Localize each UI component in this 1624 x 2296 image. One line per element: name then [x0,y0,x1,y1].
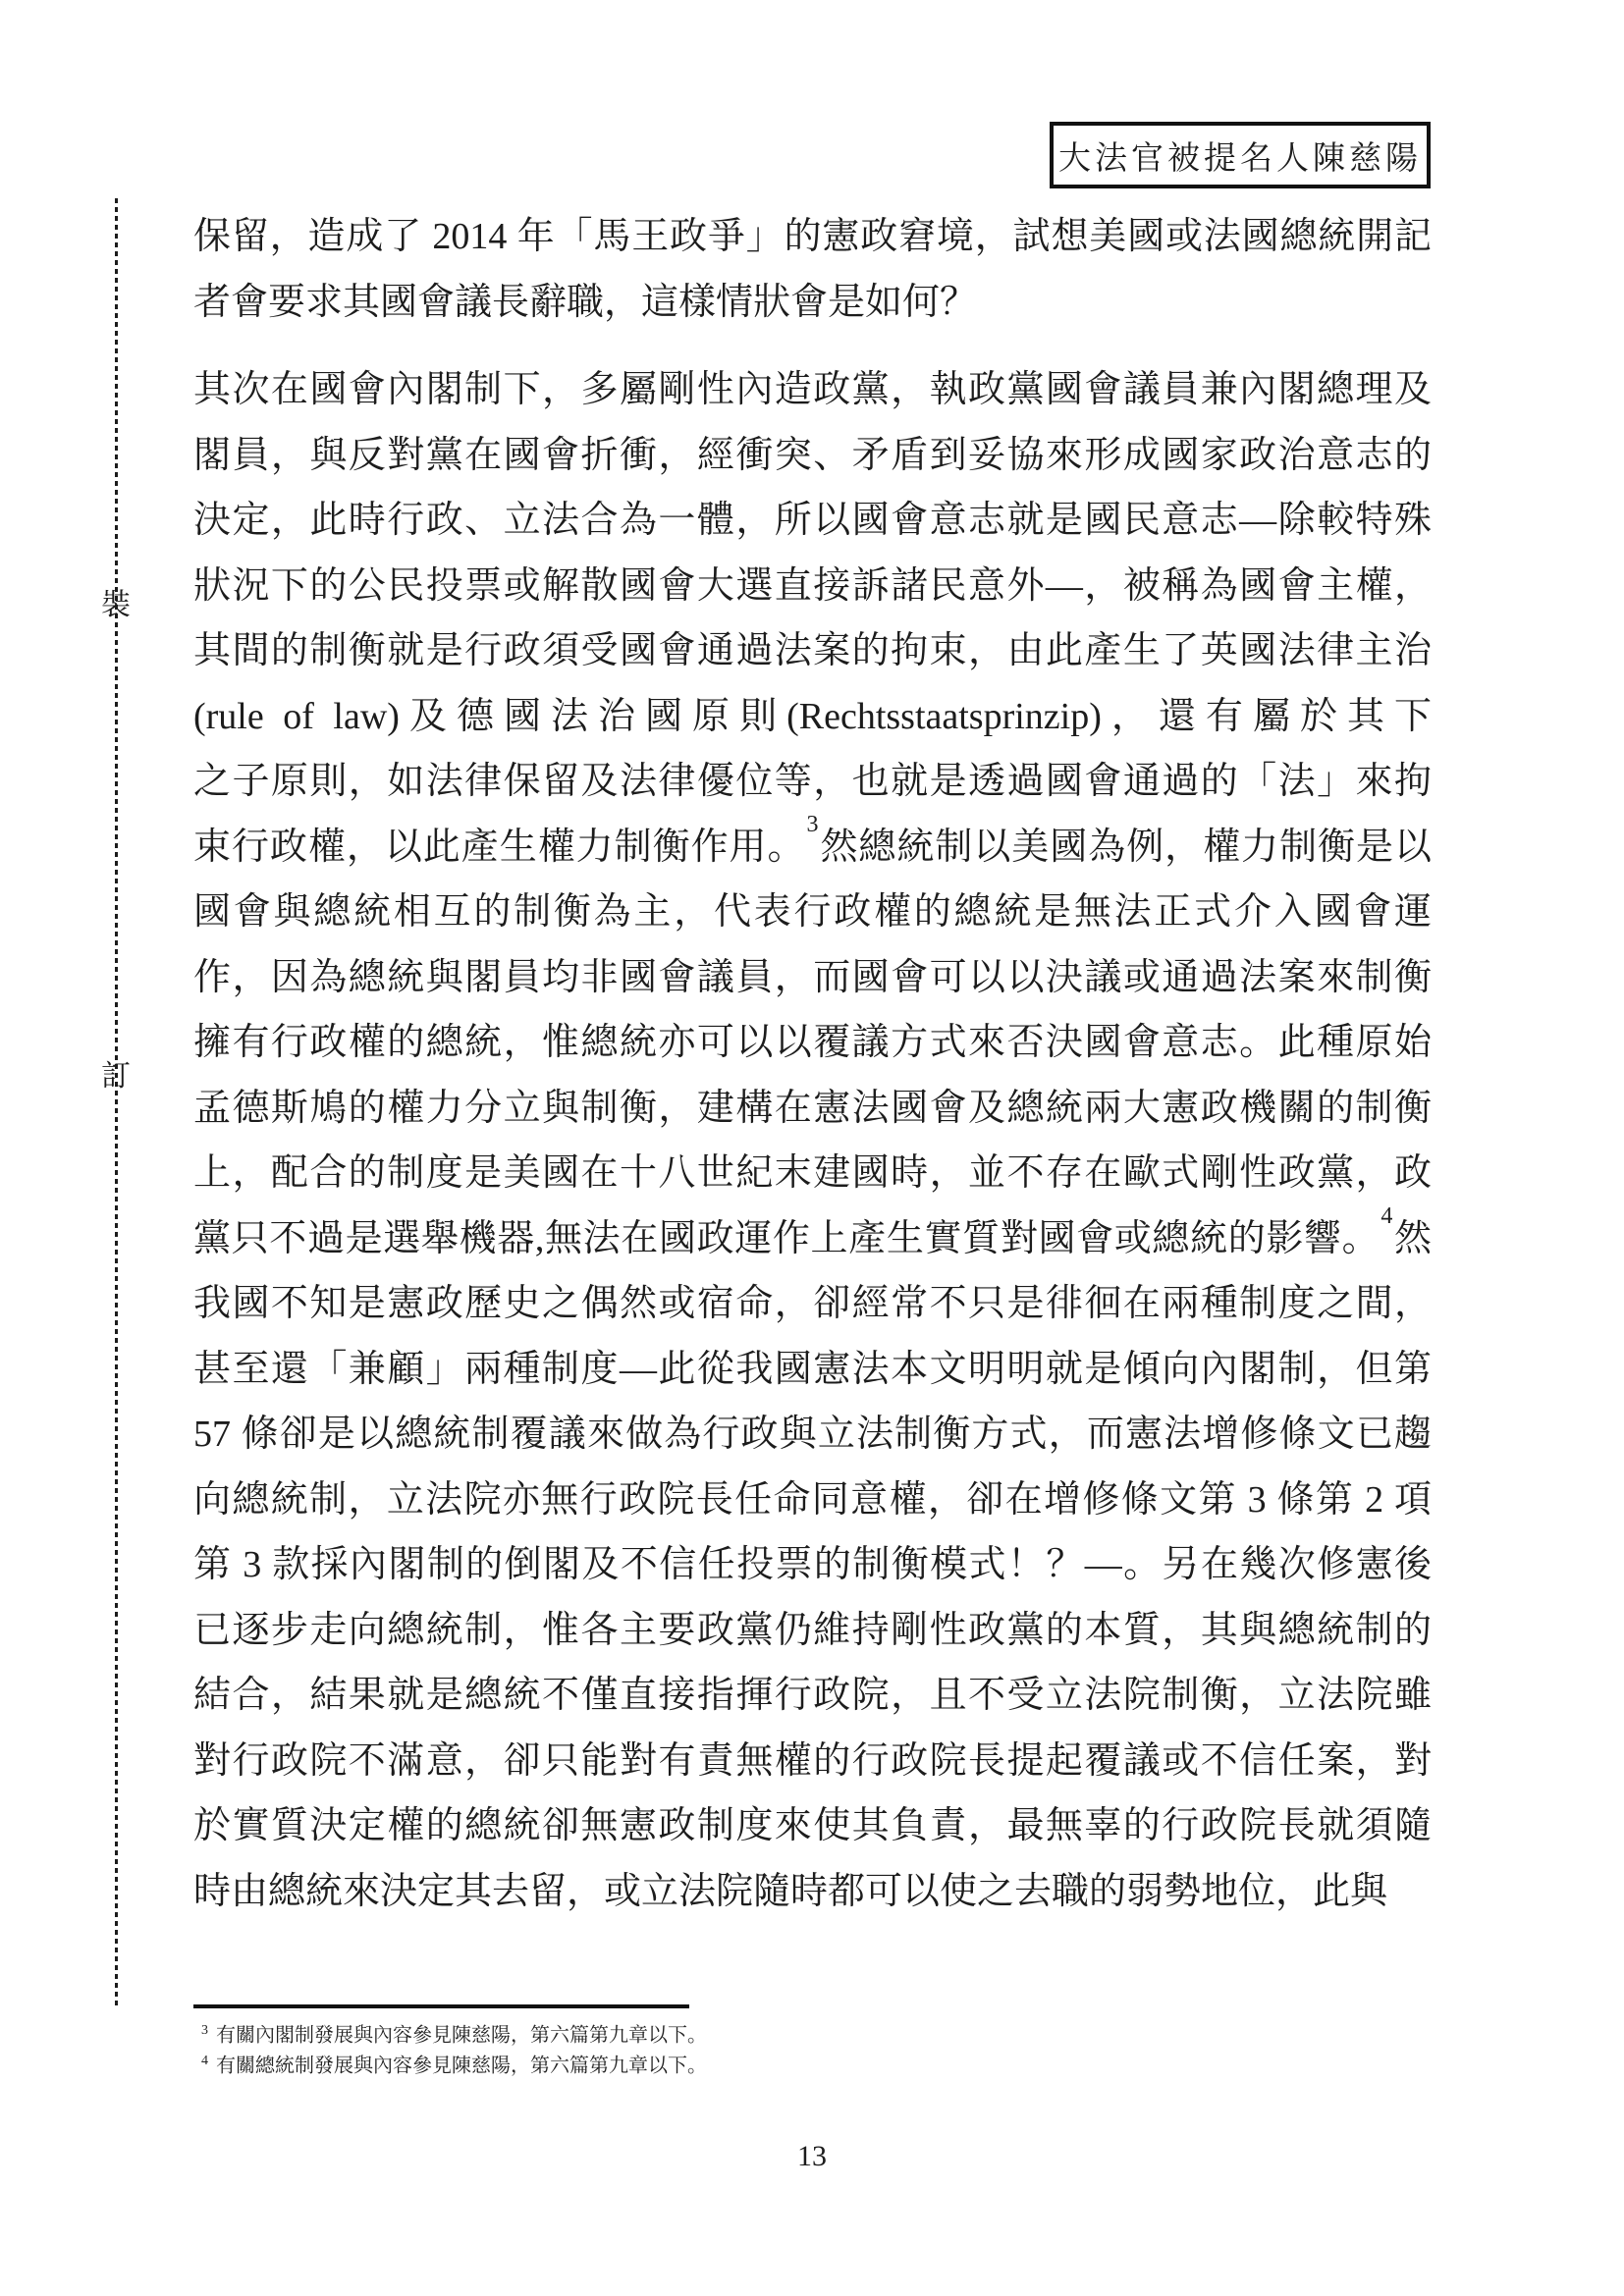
footnote-item: 4有關總統制發展與內容參見陳慈陽，第六篇第九章以下。 [201,2049,707,2079]
body-line: 保留，造成了 2014 年「馬王政爭」的憲政窘境，試想美國或法國總統開記 [193,204,1432,270]
footnote-marker: 3 [201,2018,208,2044]
body-line: 已逐步走向總統制，惟各主要政黨仍維持剛性政黨的本質，其與總統制的 [193,1598,1432,1664]
footnote-marker: 4 [201,2049,208,2074]
body-line: 狀況下的公民投票或解散國會大選直接訴諸民意外—，被稱為國會主權， [193,554,1432,619]
body-line-segment: 黨只不過是選舉機器,無法在國政運作上產生實質對國會或總統的影響。 [193,1218,1380,1259]
nominee-header-box: 大法官被提名人陳慈陽 [1050,122,1431,188]
footnote-ref-4: 4 [1380,1203,1392,1229]
body-line-segment: 束行政權，以此產生權力制衡作用。 [193,827,806,868]
body-line: 閣員，與反對黨在國會折衝，經衝突、矛盾到妥協來形成國家政治意志的 [193,423,1432,489]
body-line: 上，配合的制度是美國在十八世紀末建國時，並不存在歐式剛性政黨，政 [193,1141,1432,1206]
body-line: 其次在國會內閣制下，多屬剛性內造政黨，執政黨國會議員兼內閣總理及 [193,357,1432,423]
body-line: 對行政院不滿意，卻只能對有責無權的行政院長提起覆議或不信任案，對 [193,1729,1432,1794]
nominee-header-label: 大法官被提名人陳慈陽 [1058,133,1422,179]
body-line: 作，因為總統與閣員均非國會議員，而國會可以以決議或通過法案來制衡 [193,945,1432,1011]
binding-char-ding: 訂 [98,1060,134,1094]
footnote-text: 有關內閣制發展與內容參見陳慈陽，第六篇第九章以下。 [216,2025,707,2047]
paragraph-2: 其次在國會內閣制下，多屬剛性內造政黨，執政黨國會議員兼內閣總理及 閣員，與反對黨… [193,357,1432,1924]
body-line: 決定，此時行政、立法合為一體，所以國會意志就是國民意志—除較特殊 [193,488,1432,554]
body-line: 於實質決定權的總統卻無憲政制度來使其負責，最無辜的行政院長就須隨 [193,1793,1432,1859]
footnote-separator [193,2004,689,2008]
body-line: 其間的制衡就是行政須受國會通過法案的拘束，由此產生了英國法律主治 [193,618,1432,684]
footnotes: 3有關內閣制發展與內容參見陳慈陽，第六篇第九章以下。 4有關總統制發展與內容參見… [201,2018,707,2078]
body-line: 國會與總統相互的制衡為主，代表行政權的總統是無法正式介入國會運 [193,880,1432,945]
paragraph-1: 保留，造成了 2014 年「馬王政爭」的憲政窘境，試想美國或法國總統開記 者會要… [193,204,1432,335]
body-line: (rule of law)及德國法治國原則(Rechtsstaatsprinzi… [193,684,1432,750]
body-line: 者會要求其國會議長辭職，這樣情狀會是如何？ [193,270,1432,336]
body-line: 黨只不過是選舉機器,無法在國政運作上產生實質對國會或總統的影響。4然 [193,1206,1432,1272]
footnote-item: 3有關內閣制發展與內容參見陳慈陽，第六篇第九章以下。 [201,2018,707,2049]
body-line: 向總統制，立法院亦無行政院長任命同意權，卻在增修條文第 3 條第 2 項 [193,1468,1432,1533]
body-line: 孟德斯鳩的權力分立與制衡，建構在憲法國會及總統兩大憲政機關的制衡 [193,1076,1432,1142]
binding-char-zhuang: 裝 [98,589,134,622]
footnote-text: 有關總統制發展與內容參見陳慈陽，第六篇第九章以下。 [216,2055,707,2076]
binding-dashed-line [115,198,118,2005]
page-number: 13 [0,2140,1624,2173]
body-line: 57 條卻是以總統制覆議來做為行政與立法制衡方式，而憲法增修條文已趨 [193,1402,1432,1468]
body-line: 第 3 款採內閣制的倒閣及不信任投票的制衡模式！？—。另在幾次修憲後 [193,1532,1432,1598]
body-line: 之子原則，如法律保留及法律優位等，也就是透過國會通過的「法」來拘 [193,749,1432,815]
body-line: 時由總統來決定其去留，或立法院隨時都可以使之去職的弱勢地位，此與 [193,1859,1432,1925]
body-line: 擁有行政權的總統，惟總統亦可以以覆議方式來否決國會意志。此種原始 [193,1010,1432,1076]
body-line-segment: 然 [1393,1218,1432,1259]
body-line-segment: 然總統制以美國為例，權力制衡是以 [820,827,1433,868]
body-line: 束行政權，以此產生權力制衡作用。3然總統制以美國為例，權力制衡是以 [193,815,1432,881]
body-line: 甚至還「兼顧」兩種制度—此從我國憲法本文明明就是傾向內閣制，但第 [193,1337,1432,1403]
body-line: 結合，結果就是總統不僅直接指揮行政院，且不受立法院制衡，立法院雖 [193,1663,1432,1729]
document-page: 裝 訂 大法官被提名人陳慈陽 保留，造成了 2014 年「馬王政爭」的憲政窘境，… [0,0,1624,2296]
body-line: 我國不知是憲政歷史之偶然或宿命，卻經常不只是徘徊在兩種制度之間， [193,1271,1432,1337]
footnote-ref-3: 3 [807,812,819,837]
